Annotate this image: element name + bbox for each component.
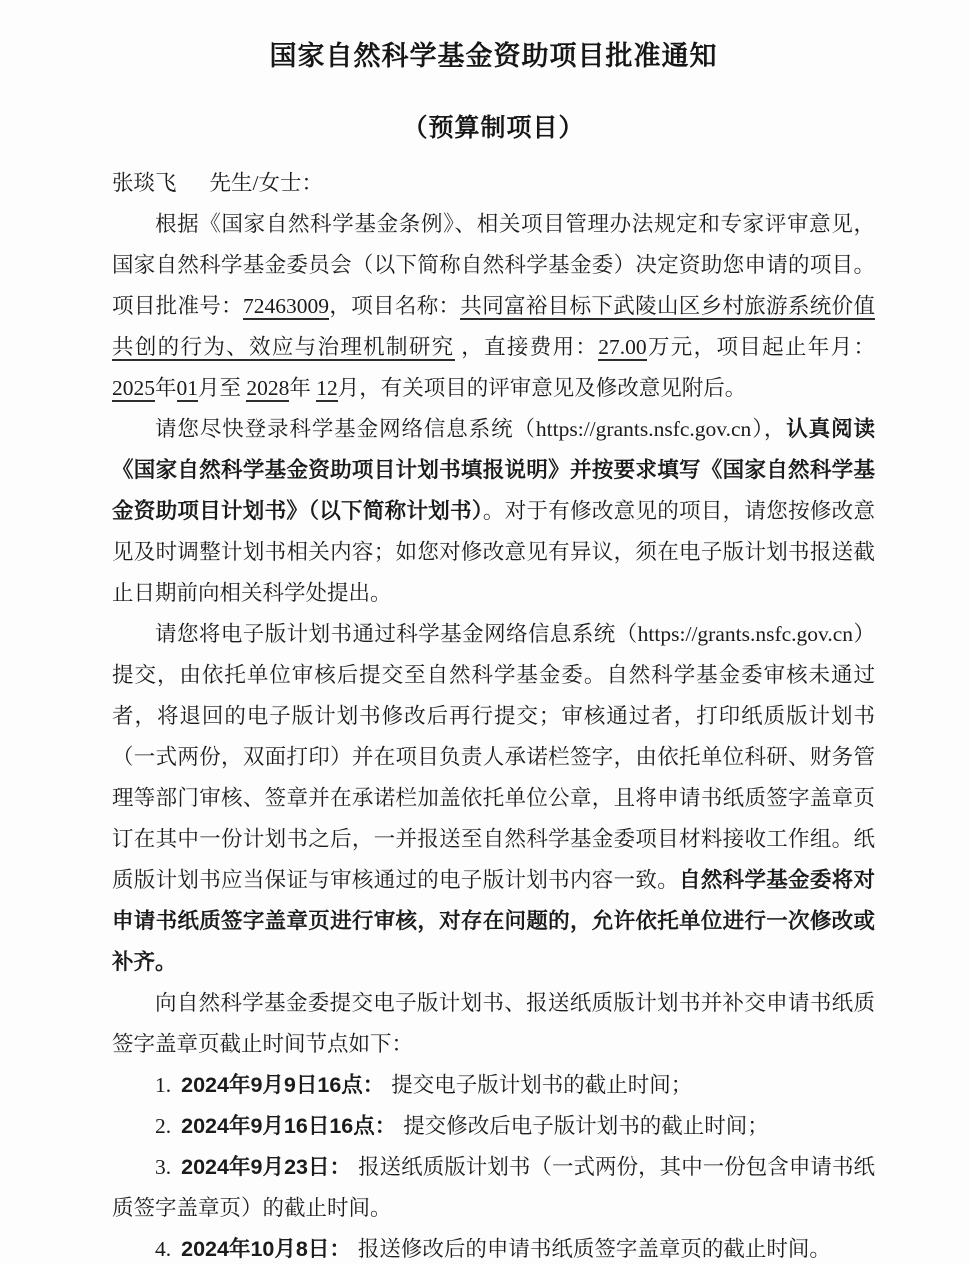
paragraph-plan-instructions: 请您尽快登录科学基金网络信息系统（https://grants.nsfc.gov… xyxy=(112,409,875,614)
deadline-3-date: 2024年9月23日： xyxy=(181,1155,351,1179)
recipient-greeting: 张琰飞先生/女士： xyxy=(112,163,875,204)
deadline-item-2: 2.2024年9月16日16点：提交修改后电子版计划书的截止时间； xyxy=(112,1106,875,1147)
paragraph-submission-process: 请您将电子版计划书通过科学基金网络信息系统（https://grants.nsf… xyxy=(112,614,875,983)
deadline-4-date: 2024年10月8日： xyxy=(181,1237,351,1261)
paragraph-award-details: 根据《国家自然科学基金条例》、相关项目管理办法规定和专家评审意见，国家自然科学基… xyxy=(112,204,875,409)
deadline-2-number: 2. xyxy=(155,1114,171,1138)
end-month: 12 xyxy=(316,376,338,402)
deadline-1-date: 2024年9月9日16点： xyxy=(181,1073,384,1097)
deadline-item-1: 1.2024年9月9日16点：提交电子版计划书的截止时间； xyxy=(112,1065,875,1106)
deadline-3-number: 3. xyxy=(155,1155,171,1179)
grant-number: 72463009 xyxy=(243,294,329,320)
grant-approval-notice-page: 国家自然科学基金资助项目批准通知 （预算制项目） 张琰飞先生/女士： 根据《国家… xyxy=(0,0,969,1265)
award-sep5: 月至 xyxy=(198,376,246,400)
recipient-salutation: 先生/女士： xyxy=(210,171,323,195)
plan-lead-text: 请您尽快登录科学基金网络信息系统（https://grants.nsfc.gov… xyxy=(155,417,786,441)
deadline-item-3: 3.2024年9月23日：报送纸质版计划书（一式两份，其中一份包含申请书纸质签字… xyxy=(112,1147,875,1229)
end-year: 2028 xyxy=(246,376,289,402)
deadline-item-4: 4.2024年10月8日：报送修改后的申请书纸质签字盖章页的截止时间。 xyxy=(112,1229,875,1265)
deadline-1-number: 1. xyxy=(155,1073,171,1097)
direct-cost: 27.00 xyxy=(598,335,646,361)
start-month: 01 xyxy=(177,376,199,402)
award-sep4: 年 xyxy=(155,376,177,400)
deadline-2-description: 提交修改后电子版计划书的截止时间； xyxy=(403,1114,769,1138)
award-tail-text: 月，有关项目的评审意见及修改意见附后。 xyxy=(338,376,747,400)
award-sep6: 年 xyxy=(289,376,316,400)
deadline-4-number: 4. xyxy=(155,1237,171,1261)
start-year: 2025 xyxy=(112,376,155,402)
recipient-name: 张琰飞 xyxy=(112,171,177,195)
deadline-1-description: 提交电子版计划书的截止时间； xyxy=(391,1073,692,1097)
submit-lead-text: 请您将电子版计划书通过科学基金网络信息系统（https://grants.nsf… xyxy=(112,622,875,892)
award-sep2: ，直接费用： xyxy=(455,335,599,359)
deadline-2-date: 2024年9月16日16点： xyxy=(181,1114,396,1138)
award-sep3: 万元，项目起止年月： xyxy=(647,335,875,359)
document-title: 国家自然科学基金资助项目批准通知 xyxy=(112,40,875,72)
document-subtitle: （预算制项目） xyxy=(112,114,875,142)
award-sep1: ，项目名称： xyxy=(329,294,460,318)
paragraph-deadline-intro: 向自然科学基金委提交电子版计划书、报送纸质版计划书并补交申请书纸质签字盖章页截止… xyxy=(112,983,875,1065)
deadline-4-description: 报送修改后的申请书纸质签字盖章页的截止时间。 xyxy=(358,1237,831,1261)
